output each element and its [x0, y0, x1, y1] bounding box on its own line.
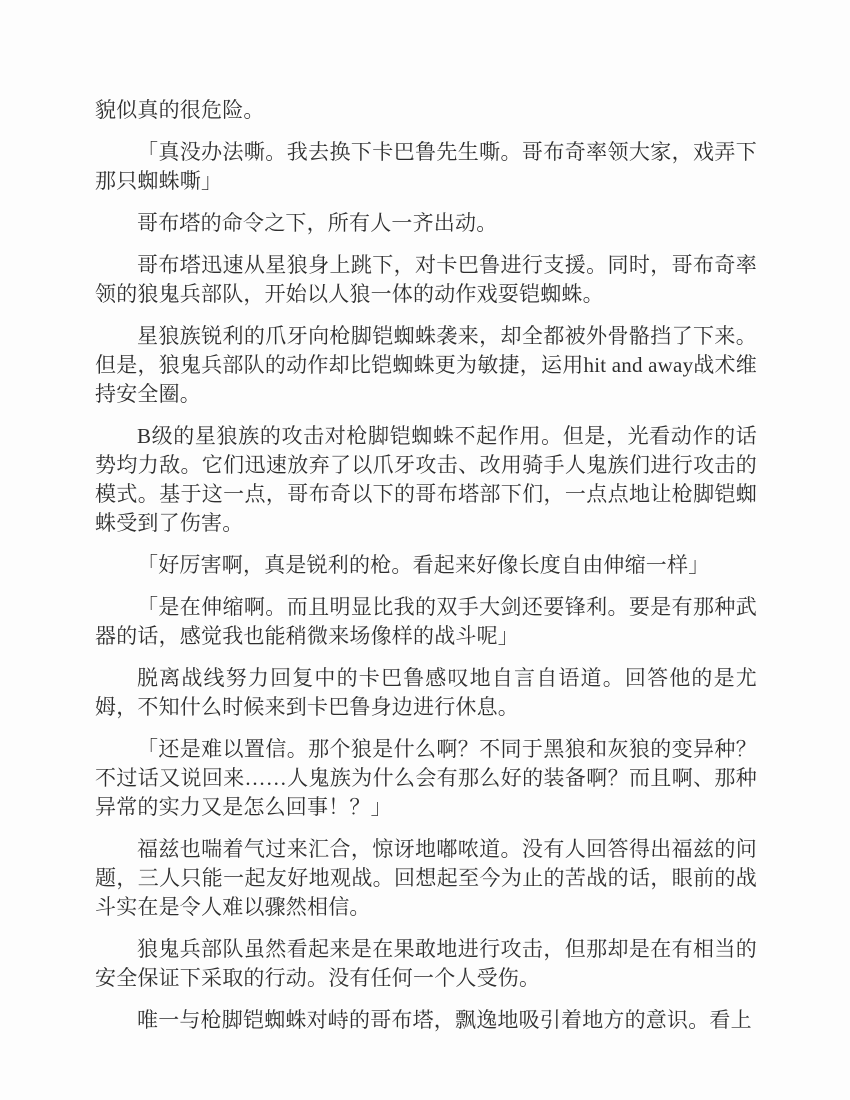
paragraph: B级的星狼族的攻击对枪脚铠蜘蛛不起作用。但是，光看动作的话势均力敌。它们迅速放弃…: [95, 422, 757, 538]
paragraph: 哥布塔的命令之下，所有人一齐出动。: [95, 209, 757, 238]
paragraph: 唯一与枪脚铠蜘蛛对峙的哥布塔，飘逸地吸引着地方的意识。看上: [95, 1006, 757, 1035]
paragraph: 貌似真的很危险。: [95, 96, 757, 125]
paragraph: 「是在伸缩啊。而且明显比我的双手大剑还要锋利。要是有那种武器的话，感觉我也能稍微…: [95, 593, 757, 651]
paragraph: 「真没办法嘶。我去换下卡巴鲁先生嘶。哥布奇率领大家，戏弄下那只蜘蛛嘶」: [95, 138, 757, 196]
paragraph: 哥布塔迅速从星狼身上跳下，对卡巴鲁进行支援。同时，哥布奇率领的狼鬼兵部队，开始以…: [95, 251, 757, 309]
paragraph: 「还是难以置信。那个狼是什么啊？不同于黑狼和灰狼的变异种？不过话又说回来……人鬼…: [95, 735, 757, 822]
paragraph: 星狼族锐利的爪牙向枪脚铠蜘蛛袭来，却全都被外骨骼挡了下来。但是，狼鬼兵部队的动作…: [95, 322, 757, 409]
paragraph: 「好厉害啊，真是锐利的枪。看起来好像长度自由伸缩一样」: [95, 551, 757, 580]
novel-text-body: 貌似真的很危险。「真没办法嘶。我去换下卡巴鲁先生嘶。哥布奇率领大家，戏弄下那只蜘…: [95, 96, 757, 1048]
document-page: 貌似真的很危险。「真没办法嘶。我去换下卡巴鲁先生嘶。哥布奇率领大家，戏弄下那只蜘…: [0, 0, 850, 1100]
paragraph: 福兹也喘着气过来汇合，惊讶地嘟哝道。没有人回答得出福兹的问题，三人只能一起友好地…: [95, 835, 757, 922]
paragraph: 狼鬼兵部队虽然看起来是在果敢地进行攻击，但那却是在有相当的安全保证下采取的行动。…: [95, 935, 757, 993]
paragraph: 脱离战线努力回复中的卡巴鲁感叹地自言自语道。回答他的是尤姆，不知什么时候来到卡巴…: [95, 664, 757, 722]
